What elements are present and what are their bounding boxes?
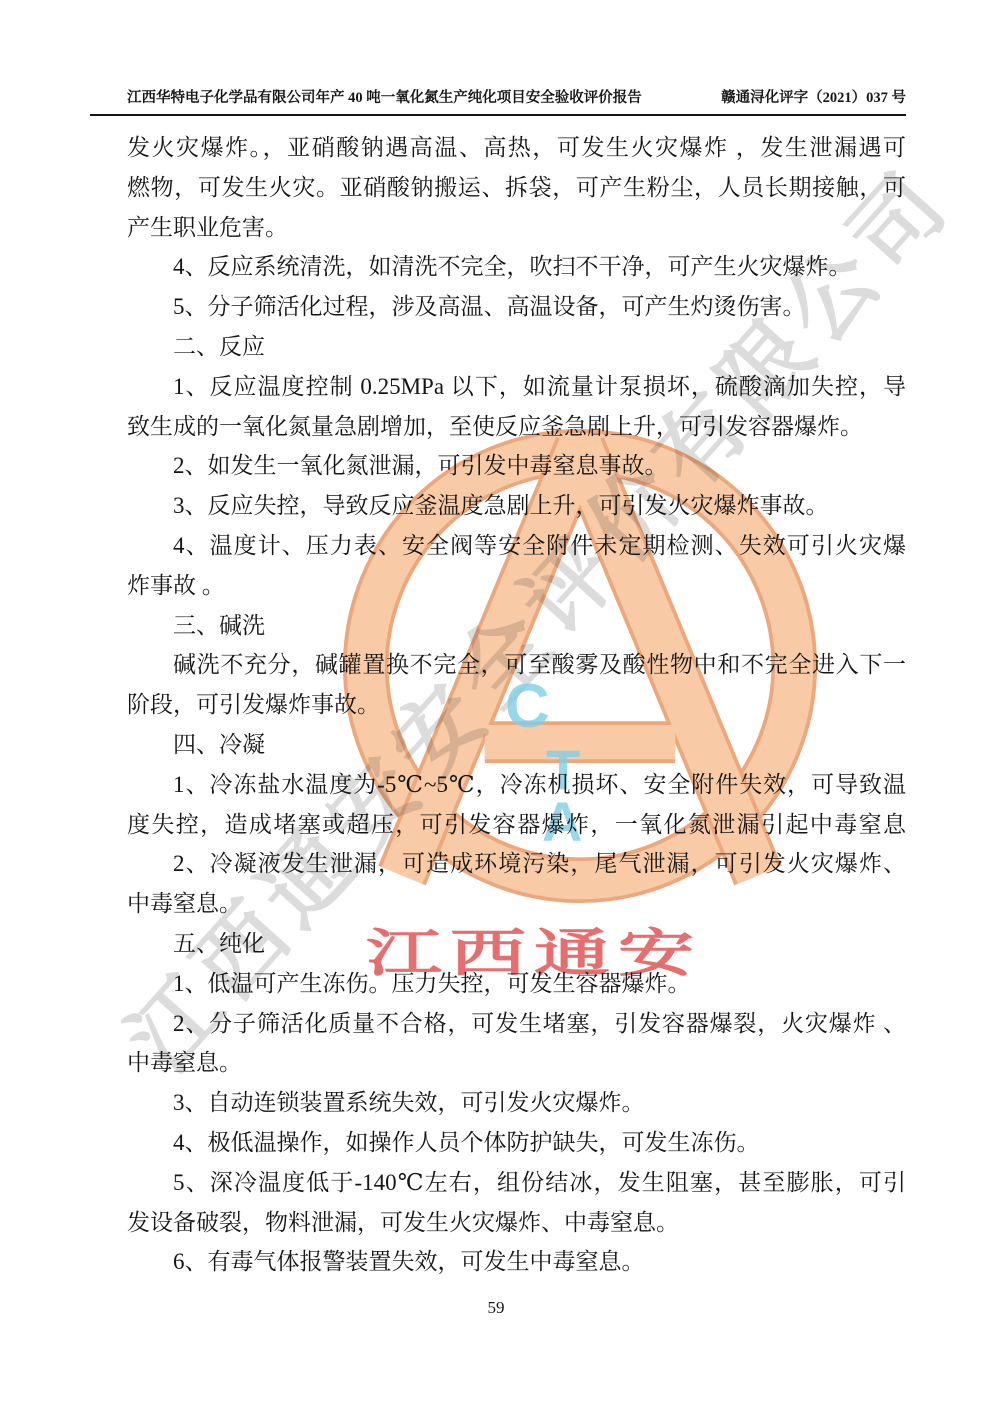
- text-line: 3、反应失控，导致反应釜温度急剧上升，可引发火灾爆炸事故。: [127, 486, 906, 526]
- text-line: 5、分子筛活化过程，涉及高温、高温设备，可产生灼烫伤害。: [127, 287, 906, 327]
- text-line: 阶段，可引发爆炸事故。: [127, 685, 906, 725]
- text-line: 四、冷凝: [127, 725, 906, 765]
- text-line: 燃物，可发生火灾。亚硝酸钠搬运、拆袋，可产生粉尘，人员长期接触，可: [127, 168, 906, 208]
- text-line: 2、分子筛活化质量不合格，可发生堵塞，引发容器爆裂，火灾爆炸 、: [127, 1004, 906, 1044]
- header-report-title: 江西华特电子化学品有限公司年产 40 吨一氧化氮生产纯化项目安全验收评价报告: [127, 86, 642, 107]
- page-number: 59: [0, 1298, 992, 1318]
- text-line: 4、极低温操作，如操作人员个体防护缺失，可发生冻伤。: [127, 1123, 906, 1163]
- text-line: 度失控，造成堵塞或超压，可引发容器爆炸，一氧化氮泄漏引起中毒窒息: [127, 805, 906, 845]
- text-line: 1、反应温度控制 0.25MPa 以下，如流量计泵损坏，硫酸滴加失控，导: [127, 367, 906, 407]
- text-line: 二、反应: [127, 327, 906, 367]
- text-line: 1、低温可产生冻伤。压力失控，可发生容器爆炸。: [127, 964, 906, 1004]
- text-line: 5、深冷温度低于-140℃左右，组份结冰，发生阻塞，甚至膨胀，可引: [127, 1163, 906, 1203]
- text-line: 6、有毒气体报警装置失效，可发生中毒窒息。: [127, 1242, 906, 1282]
- text-line: 2、如发生一氧化氮泄漏，可引发中毒窒息事故。: [127, 446, 906, 486]
- text-line: 五、纯化: [127, 924, 906, 964]
- text-line: 3、自动连锁装置系统失效，可引发火灾爆炸。: [127, 1083, 906, 1123]
- page-header: 江西华特电子化学品有限公司年产 40 吨一氧化氮生产纯化项目安全验收评价报告 赣…: [127, 86, 906, 107]
- text-line: 碱洗不充分，碱罐置换不完全，可至酸雾及酸性物中和不完全进入下一: [127, 645, 906, 685]
- text-line: 中毒窒息。: [127, 884, 906, 924]
- text-line: 1、冷冻盐水温度为-5℃~5℃，冷冻机损坏、安全附件失效，可导致温: [127, 765, 906, 805]
- document-page: 江西通安安全评价有限公司 C T A 江西通安 江西华特电子化学品有限公司年产 …: [0, 0, 992, 1403]
- text-line: 三、碱洗: [127, 606, 906, 646]
- header-doc-number: 赣通浔化评字（2021）037 号: [721, 86, 906, 107]
- text-line: 炸事故 。: [127, 566, 906, 606]
- text-line: 发火灾爆炸。，亚硝酸钠遇高温、高热，可发生火灾爆炸 ，发生泄漏遇可: [127, 128, 906, 168]
- text-line: 致生成的一氧化氮量急剧增加，至使反应釜急剧上升，可引发容器爆炸。: [127, 407, 906, 447]
- header-divider: [90, 114, 906, 116]
- text-line: 中毒窒息。: [127, 1043, 906, 1083]
- text-line: 2、冷凝液发生泄漏，可造成环境污染，尾气泄漏，可引发火灾爆炸、: [127, 844, 906, 884]
- text-line: 产生职业危害。: [127, 208, 906, 248]
- text-line: 4、反应系统清洗，如清洗不完全，吹扫不干净，可产生火灾爆炸。: [127, 247, 906, 287]
- text-line: 发设备破裂，物料泄漏，可发生火灾爆炸、中毒窒息。: [127, 1203, 906, 1243]
- text-line: 4、温度计、压力表、安全阀等安全附件未定期检测、失效可引火灾爆: [127, 526, 906, 566]
- document-body: 发火灾爆炸。，亚硝酸钠遇高温、高热，可发生火灾爆炸 ，发生泄漏遇可燃物，可发生火…: [127, 128, 906, 1282]
